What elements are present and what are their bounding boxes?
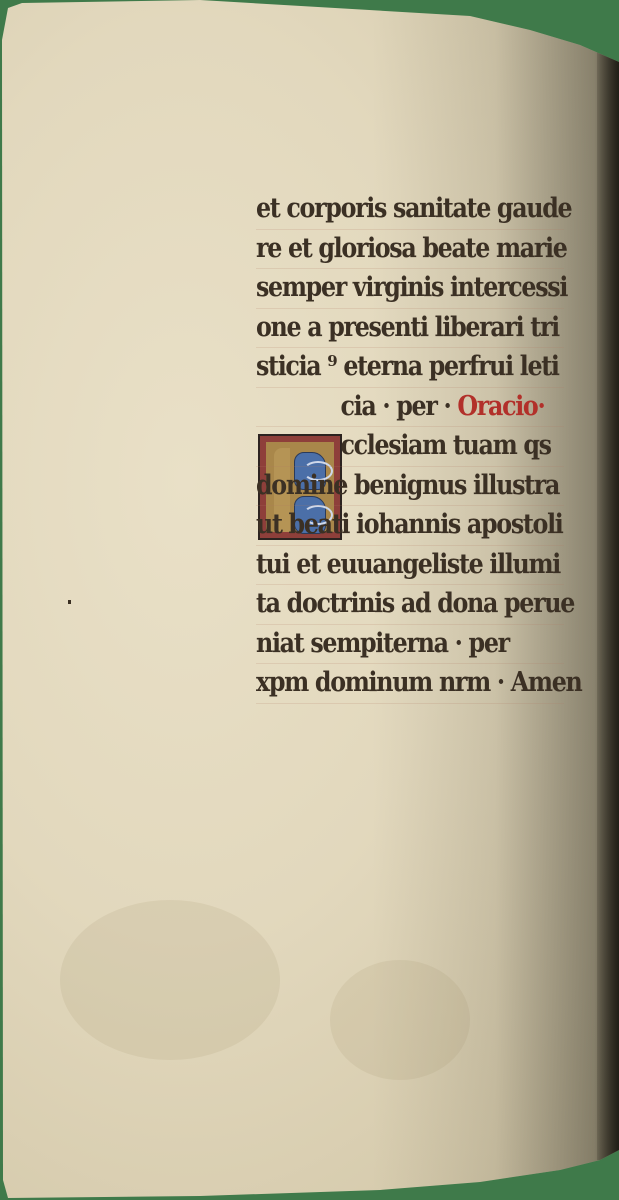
- text-line: semper virginis intercessi: [256, 269, 564, 309]
- line-text: semper virginis intercessi: [256, 272, 567, 303]
- manuscript-page: et corporis sanitate gaude re et glorios…: [0, 0, 619, 1200]
- text-block: et corporis sanitate gaude re et glorios…: [256, 190, 606, 704]
- text-line: niat sempiterna · per: [256, 625, 564, 665]
- text-line: domine benignus illustra: [256, 467, 564, 507]
- rubric-heading: Oracio·: [457, 391, 544, 422]
- parchment-stain: [330, 960, 470, 1080]
- line-text: xpm dominum nrm · Amen: [256, 667, 581, 698]
- line-text: one a presenti liberari tri: [256, 312, 559, 343]
- line-text: domine benignus illustra: [256, 470, 559, 501]
- line-text: ta doctrinis ad dona perue: [256, 588, 574, 619]
- text-line: tui et euuangeliste illumi: [256, 546, 564, 586]
- parchment-stain: [60, 900, 280, 1060]
- text-line: cclesiam tuam qs: [256, 427, 564, 467]
- line-text: niat sempiterna · per: [256, 628, 509, 659]
- text-line: ta doctrinis ad dona perue: [256, 585, 564, 625]
- ink-speck: [68, 600, 71, 604]
- line-text: cia · per ·: [340, 391, 450, 422]
- text-line: et corporis sanitate gaude: [256, 190, 564, 230]
- line-text: cclesiam tuam qs: [340, 430, 550, 461]
- line-text: et corporis sanitate gaude: [256, 193, 571, 224]
- text-line: sticia ⁹ eterna perfrui leti: [256, 348, 564, 388]
- line-text: ut beati iohannis apostoli: [256, 509, 562, 540]
- text-line: cia · per · Oracio·: [256, 388, 564, 428]
- text-line: xpm dominum nrm · Amen: [256, 664, 564, 704]
- text-line: re et gloriosa beate marie: [256, 230, 564, 270]
- line-text: tui et euuangeliste illumi: [256, 549, 560, 580]
- text-line: ut beati iohannis apostoli: [256, 506, 564, 546]
- line-text: sticia ⁹ eterna perfrui leti: [256, 351, 559, 382]
- line-text: re et gloriosa beate marie: [256, 233, 567, 264]
- text-line: one a presenti liberari tri: [256, 309, 564, 349]
